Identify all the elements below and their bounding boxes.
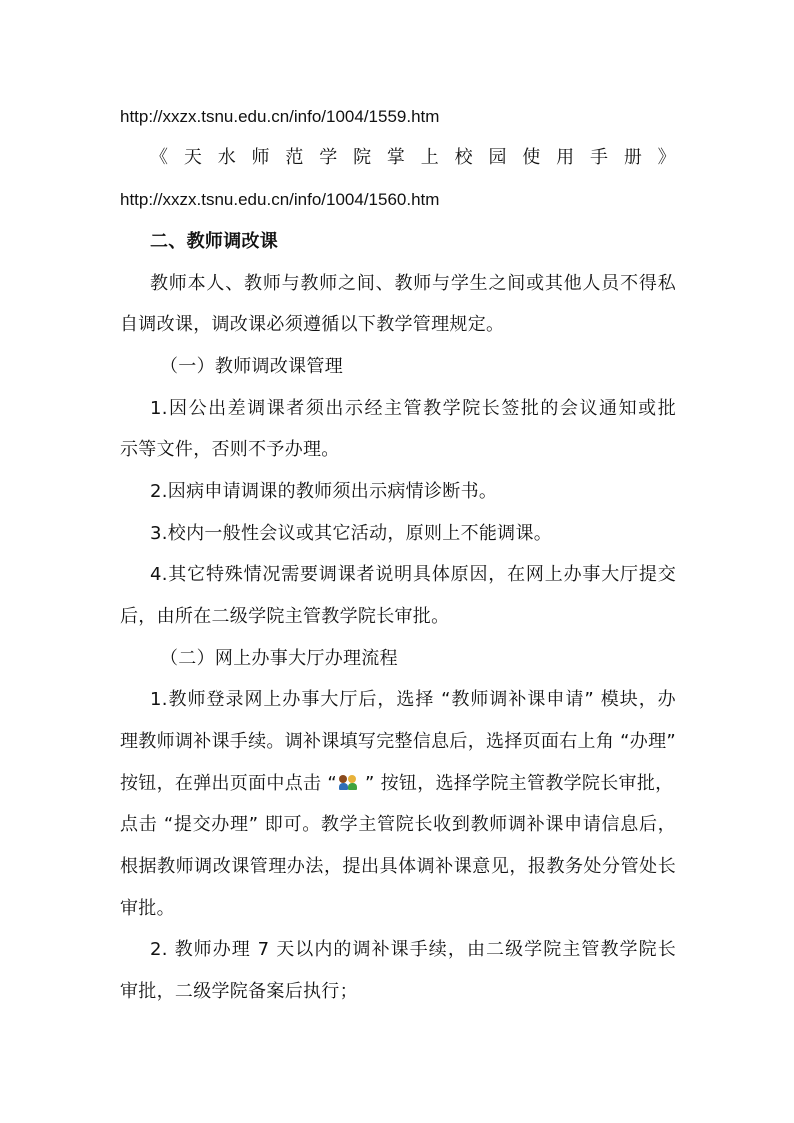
item-4-line-1: 4.其它特殊情况需要调课者说明具体原因，在网上办事大厅提交: [150, 563, 676, 587]
process-1-line-2: 理教师调补课手续。调补课填写完整信息后，选择页面右上角 “办理”: [120, 730, 676, 754]
title-char: 用: [556, 146, 574, 170]
title-char: 天: [184, 146, 202, 170]
item-4-line-2: 后，由所在二级学院主管教学院长审批。: [120, 605, 676, 629]
title-char: 范: [285, 146, 303, 170]
title-char: 师: [252, 146, 270, 170]
process-1-line-6: 审批。: [120, 897, 676, 921]
process-1-line-3-text-a: 按钮，在弹出页面中点击 “: [120, 773, 337, 794]
title-char: 《: [150, 146, 168, 170]
process-1-line-5: 根据教师调改课管理办法，提出具体调补课意见，报教务处分管处长: [120, 855, 676, 879]
item-3-line-1: 3.校内一般性会议或其它活动，原则上不能调课。: [150, 522, 676, 546]
title-char: 册: [624, 146, 642, 170]
process-1-line-3-text-b: ” 按钮，选择学院主管教学院长审批，: [359, 773, 673, 794]
process-1-line-4: 点击 “提交办理” 即可。教学主管院长收到教师调补课申请信息后，: [120, 813, 676, 837]
title-char: 院: [353, 146, 371, 170]
title-char: 掌: [387, 146, 405, 170]
subsection-2-heading: （二）网上办事大厅办理流程: [160, 647, 716, 671]
title-char: 使: [522, 146, 540, 170]
section-heading: 二、教师调改课: [150, 230, 676, 254]
people-icon: [339, 775, 357, 791]
item-1-line-2: 示等文件，否则不予办理。: [120, 438, 676, 462]
link-url-1559[interactable]: http://xxzx.tsnu.edu.cn/info/1004/1559.h…: [120, 105, 676, 129]
manual-title: 《 天 水 师 范 学 院 掌 上 校 园 使 用 手 册 》: [150, 146, 676, 170]
intro-line-1: 教师本人、教师与教师之间、教师与学生之间或其他人员不得私: [150, 272, 676, 296]
title-char: 》: [658, 146, 676, 170]
process-2-line-2: 审批，二级学院备案后执行；: [120, 980, 676, 1004]
title-char: 上: [421, 146, 439, 170]
document-page: http://xxzx.tsnu.edu.cn/info/1004/1559.h…: [0, 0, 794, 1123]
title-char: 学: [319, 146, 337, 170]
title-char: 校: [455, 146, 473, 170]
title-char: 园: [488, 146, 506, 170]
title-char: 水: [218, 146, 236, 170]
item-1-line-1: 1.因公出差调课者须出示经主管教学院长签批的会议通知或批: [150, 397, 676, 421]
process-1-line-1: 1.教师登录网上办事大厅后，选择 “教师调补课申请” 模块，办: [150, 688, 676, 712]
link-url-1560[interactable]: http://xxzx.tsnu.edu.cn/info/1004/1560.h…: [120, 188, 676, 212]
item-2-line-1: 2.因病申请调课的教师须出示病情诊断书。: [150, 480, 676, 504]
subsection-1-heading: （一）教师调改课管理: [160, 355, 716, 379]
intro-line-2: 自调改课，调改课必须遵循以下教学管理规定。: [120, 313, 676, 337]
title-char: 手: [590, 146, 608, 170]
process-2-line-1: 2. 教师办理 7 天以内的调补课手续，由二级学院主管教学院长: [150, 938, 676, 962]
process-1-line-3: 按钮，在弹出页面中点击 “ ” 按钮，选择学院主管教学院长审批，: [120, 772, 676, 796]
